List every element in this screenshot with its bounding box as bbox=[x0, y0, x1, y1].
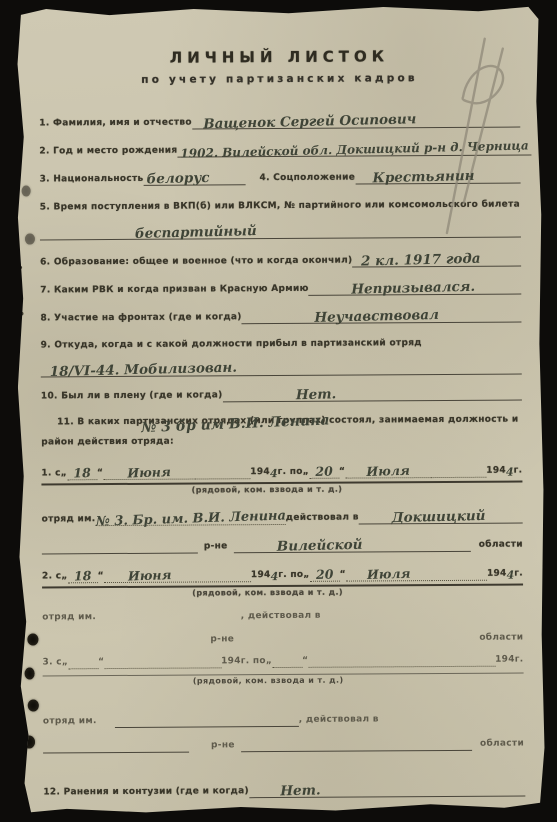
blank-gap bbox=[96, 623, 241, 624]
field-row-8: 8. Участие на фронтах (где и когда) Неуч… bbox=[40, 303, 521, 326]
oblast-value: Вилейской bbox=[276, 539, 362, 555]
month-value: Июля bbox=[366, 465, 410, 479]
document-page: ЛИЧНЫЙ ЛИСТОК по учету партизанских кадр… bbox=[15, 4, 547, 815]
punch-hole bbox=[28, 699, 39, 711]
ink-speck bbox=[19, 312, 23, 316]
field-row-2: 2. Год и место рождения 1902. Вилейской … bbox=[39, 136, 520, 159]
punch-hole bbox=[23, 736, 35, 749]
detachment-row-2a: отряд им. , действовал в bbox=[42, 610, 523, 625]
detachment-row-2b: р-не области bbox=[42, 633, 523, 648]
blank-gap bbox=[321, 622, 523, 623]
field-row-9: 9. Откуда, когда и с какой должности при… bbox=[41, 330, 522, 352]
blank-gap bbox=[379, 726, 524, 727]
field-row-9-line: 18/VI-44. Мобилизован. bbox=[41, 355, 522, 378]
dotted-leader bbox=[196, 577, 251, 582]
rayon-slot: Докшицкий bbox=[359, 504, 523, 525]
punch-hole bbox=[25, 668, 35, 680]
dotted-leader bbox=[104, 663, 221, 669]
field-line-10: Нет. bbox=[222, 381, 522, 403]
day-slot: 18 bbox=[67, 460, 97, 480]
field-value-12: Нет. bbox=[280, 785, 321, 799]
period-prefix: 2. с bbox=[42, 571, 61, 583]
day-value: 18 bbox=[74, 570, 92, 583]
rayon-value: Докшицкий bbox=[392, 510, 486, 526]
dotted-leader bbox=[308, 662, 495, 668]
blank-line bbox=[115, 722, 299, 728]
blank-line bbox=[42, 549, 198, 555]
scan-background: ЛИЧНЫЙ ЛИСТОК по учету партизанских кадр… bbox=[0, 0, 557, 822]
year-typed: 194 bbox=[251, 570, 271, 582]
year-typed: 194 bbox=[221, 656, 241, 668]
rne-label: р-не bbox=[204, 541, 228, 553]
period-prefix: 1. с bbox=[41, 468, 60, 480]
field-row-11: 11. В каких партизанских отрядах (или гр… bbox=[41, 407, 522, 450]
detachment-row-3a: отряд им. , действовал в bbox=[43, 714, 524, 729]
field-line-8: Неучавствовал bbox=[242, 303, 522, 325]
field-label-7: 7. Каким РВК и когда призван в Красную А… bbox=[40, 284, 308, 298]
ink-speck bbox=[17, 158, 21, 161]
field-line-5: беспартийный bbox=[40, 218, 521, 241]
field-label-3: 3. Национальность bbox=[40, 174, 144, 187]
year-typed: 194 bbox=[486, 466, 506, 478]
field-line-3: белорус bbox=[143, 165, 245, 186]
detachment-row-3b: р-не области bbox=[43, 739, 524, 754]
day-slot bbox=[68, 664, 98, 669]
field-value-10: Нет. bbox=[295, 388, 336, 402]
deystvoval-label: действовал в bbox=[286, 513, 359, 525]
field-value-8: Неучавствовал bbox=[315, 309, 440, 325]
ink-speck bbox=[17, 266, 22, 270]
field-value-1: Ващенок Сергей Осипович bbox=[203, 113, 416, 132]
month-value: Июня bbox=[127, 466, 171, 480]
field-value-4: Крестьянин bbox=[372, 170, 474, 186]
deystvoval-label: , действовал в bbox=[299, 714, 379, 726]
field-value-9: 18/VI-44. Мобилизован. bbox=[50, 362, 238, 380]
field-label-1: 1. Фамилия, имя и отчество bbox=[39, 118, 192, 131]
field-line-9: 18/VI-44. Мобилизован. bbox=[41, 355, 522, 378]
period-prefix: 3. с bbox=[43, 657, 62, 669]
po-label: г. по bbox=[278, 467, 303, 479]
document-title: ЛИЧНЫЙ ЛИСТОК bbox=[39, 47, 520, 68]
field-label-12: 12. Ранения и контузии (где и когда) bbox=[43, 786, 249, 799]
detachment-name-slot: № 3. Бр. им. В.И. Ленина bbox=[95, 505, 285, 526]
rne-label: р-не bbox=[211, 740, 235, 752]
field-label-4: 4. Соцположение bbox=[259, 173, 355, 186]
oblast-slot: Вилейской bbox=[233, 532, 470, 553]
blank-gap bbox=[42, 647, 210, 648]
punch-hole bbox=[22, 186, 31, 197]
field-label-9: 9. Откуда, когда и с какой должности при… bbox=[41, 338, 422, 352]
otryad-label: отряд им. bbox=[43, 716, 97, 728]
punch-hole bbox=[25, 233, 35, 244]
field-row-5: 5. Время поступления в ВКП(б) или ВЛКСМ,… bbox=[40, 192, 521, 214]
field-line-12: Нет. bbox=[249, 777, 525, 799]
field-row-12: 12. Ранения и контузии (где и когда) Нет… bbox=[43, 777, 524, 800]
field-line-6: 2 кл. 1917 года bbox=[352, 247, 521, 268]
field-label-8: 8. Участие на фронтах (где и когда) bbox=[40, 312, 241, 325]
field-row-1: 1. Фамилия, имя и отчество Ващенок Серге… bbox=[39, 108, 520, 131]
detachment-name: № 3. Бр. им. В.И. Ленина bbox=[95, 510, 286, 529]
field-line-7: Непризывался. bbox=[309, 275, 522, 296]
punch-hole bbox=[27, 633, 38, 645]
dotted-leader bbox=[431, 473, 486, 478]
blank-line bbox=[43, 748, 189, 754]
service-period-row-2: 2. с „ 18 “ Июня 194 4 г. по „ 20 “ Июля… bbox=[42, 561, 523, 584]
year-suffix: г. bbox=[514, 569, 523, 581]
po-label: г. по bbox=[278, 570, 303, 582]
service-period-row-3: 3. с „ “ 194 г. по „ “ 194 г. bbox=[43, 655, 524, 670]
oblast-label: области bbox=[480, 739, 524, 751]
month-slot: Июня bbox=[104, 563, 196, 584]
rank-caption: (рядовой, ком. взвода и т. д.) bbox=[41, 484, 522, 498]
year-typed: 194 bbox=[495, 655, 515, 667]
month-slot: Июля bbox=[345, 458, 431, 479]
field-line-1: Ващенок Сергей Осипович bbox=[192, 108, 520, 130]
detachment-row-1a: отряд им. № 3. Бр. им. В.И. Ленина дейст… bbox=[42, 504, 523, 527]
month-slot: Июня bbox=[103, 460, 195, 481]
year-suffix: г. bbox=[515, 655, 524, 667]
document-subtitle: по учету партизанских кадров bbox=[39, 72, 520, 87]
day-slot: 18 bbox=[68, 563, 98, 583]
field-line-2: 1902. Вилейской обл. Докшицкий р-н д. Че… bbox=[177, 135, 531, 157]
blank-gap bbox=[234, 645, 479, 646]
field-value-7: Непризывался. bbox=[351, 281, 475, 297]
day-value: 20 bbox=[316, 569, 334, 582]
field-label-10: 10. Был ли в плену (где и когда) bbox=[41, 390, 223, 403]
field-row-3-4: 3. Национальность белорус 4. Соцположени… bbox=[40, 164, 521, 187]
year-suffix: г. bbox=[514, 466, 523, 478]
rank-caption: (рядовой, ком. взвода и т. д.) bbox=[42, 587, 523, 601]
field-value-3: белорус bbox=[146, 172, 209, 187]
month-value: Июня bbox=[128, 569, 172, 583]
field-row-6: 6. Образование: общее и военное (что и к… bbox=[40, 247, 521, 270]
field-value-2: 1902. Вилейской обл. Докшицкий р-н д. Че… bbox=[180, 139, 529, 159]
detachment-row-1b: р-не Вилейской области bbox=[42, 532, 523, 555]
otryad-label: отряд им. bbox=[42, 514, 96, 526]
month-value: Июля bbox=[367, 568, 411, 582]
dotted-leader bbox=[432, 576, 487, 581]
field-label-5: 5. Время поступления в ВКП(б) или ВЛКСМ,… bbox=[40, 200, 520, 215]
field-row-5-line: беспартийный bbox=[40, 218, 521, 241]
oblast-label: области bbox=[479, 540, 523, 552]
day-value: 18 bbox=[73, 467, 91, 480]
field-row-7: 7. Каким РВК и когда призван в Красную А… bbox=[40, 275, 521, 298]
oblast-label: области bbox=[479, 633, 523, 645]
otryad-label: отряд им. bbox=[42, 612, 96, 624]
service-period-row-1: 1. с „ 18 “ Июня 194 4 г. по „ 20 “ Июля… bbox=[41, 458, 522, 481]
field-label-2: 2. Год и место рождения bbox=[39, 146, 177, 159]
deystvoval-label: , действовал в bbox=[241, 611, 321, 623]
month-slot: Июля bbox=[346, 561, 432, 582]
field-value-6: 2 кл. 1917 года bbox=[361, 253, 481, 269]
field-line-4: Крестьянин bbox=[355, 164, 521, 185]
field-row-10: 10. Был ли в плену (где и когда) Нет. bbox=[41, 381, 522, 404]
dotted-leader bbox=[195, 474, 250, 479]
day-slot bbox=[272, 663, 302, 668]
day-slot: 20 bbox=[310, 562, 340, 582]
year-typed: 194 bbox=[487, 569, 507, 581]
rank-caption: (рядовой, ком. взвода и т. д.) bbox=[43, 675, 524, 689]
day-value: 20 bbox=[315, 466, 333, 479]
year-typed: 194 bbox=[250, 467, 270, 479]
blank-line bbox=[241, 746, 472, 752]
field-label-6: 6. Образование: общее и военное (что и к… bbox=[40, 256, 352, 270]
rne-label: р-не bbox=[210, 634, 234, 646]
po-label: г. по bbox=[241, 656, 266, 668]
day-slot: 20 bbox=[309, 459, 339, 479]
field-value-5: беспартийный bbox=[135, 225, 257, 241]
